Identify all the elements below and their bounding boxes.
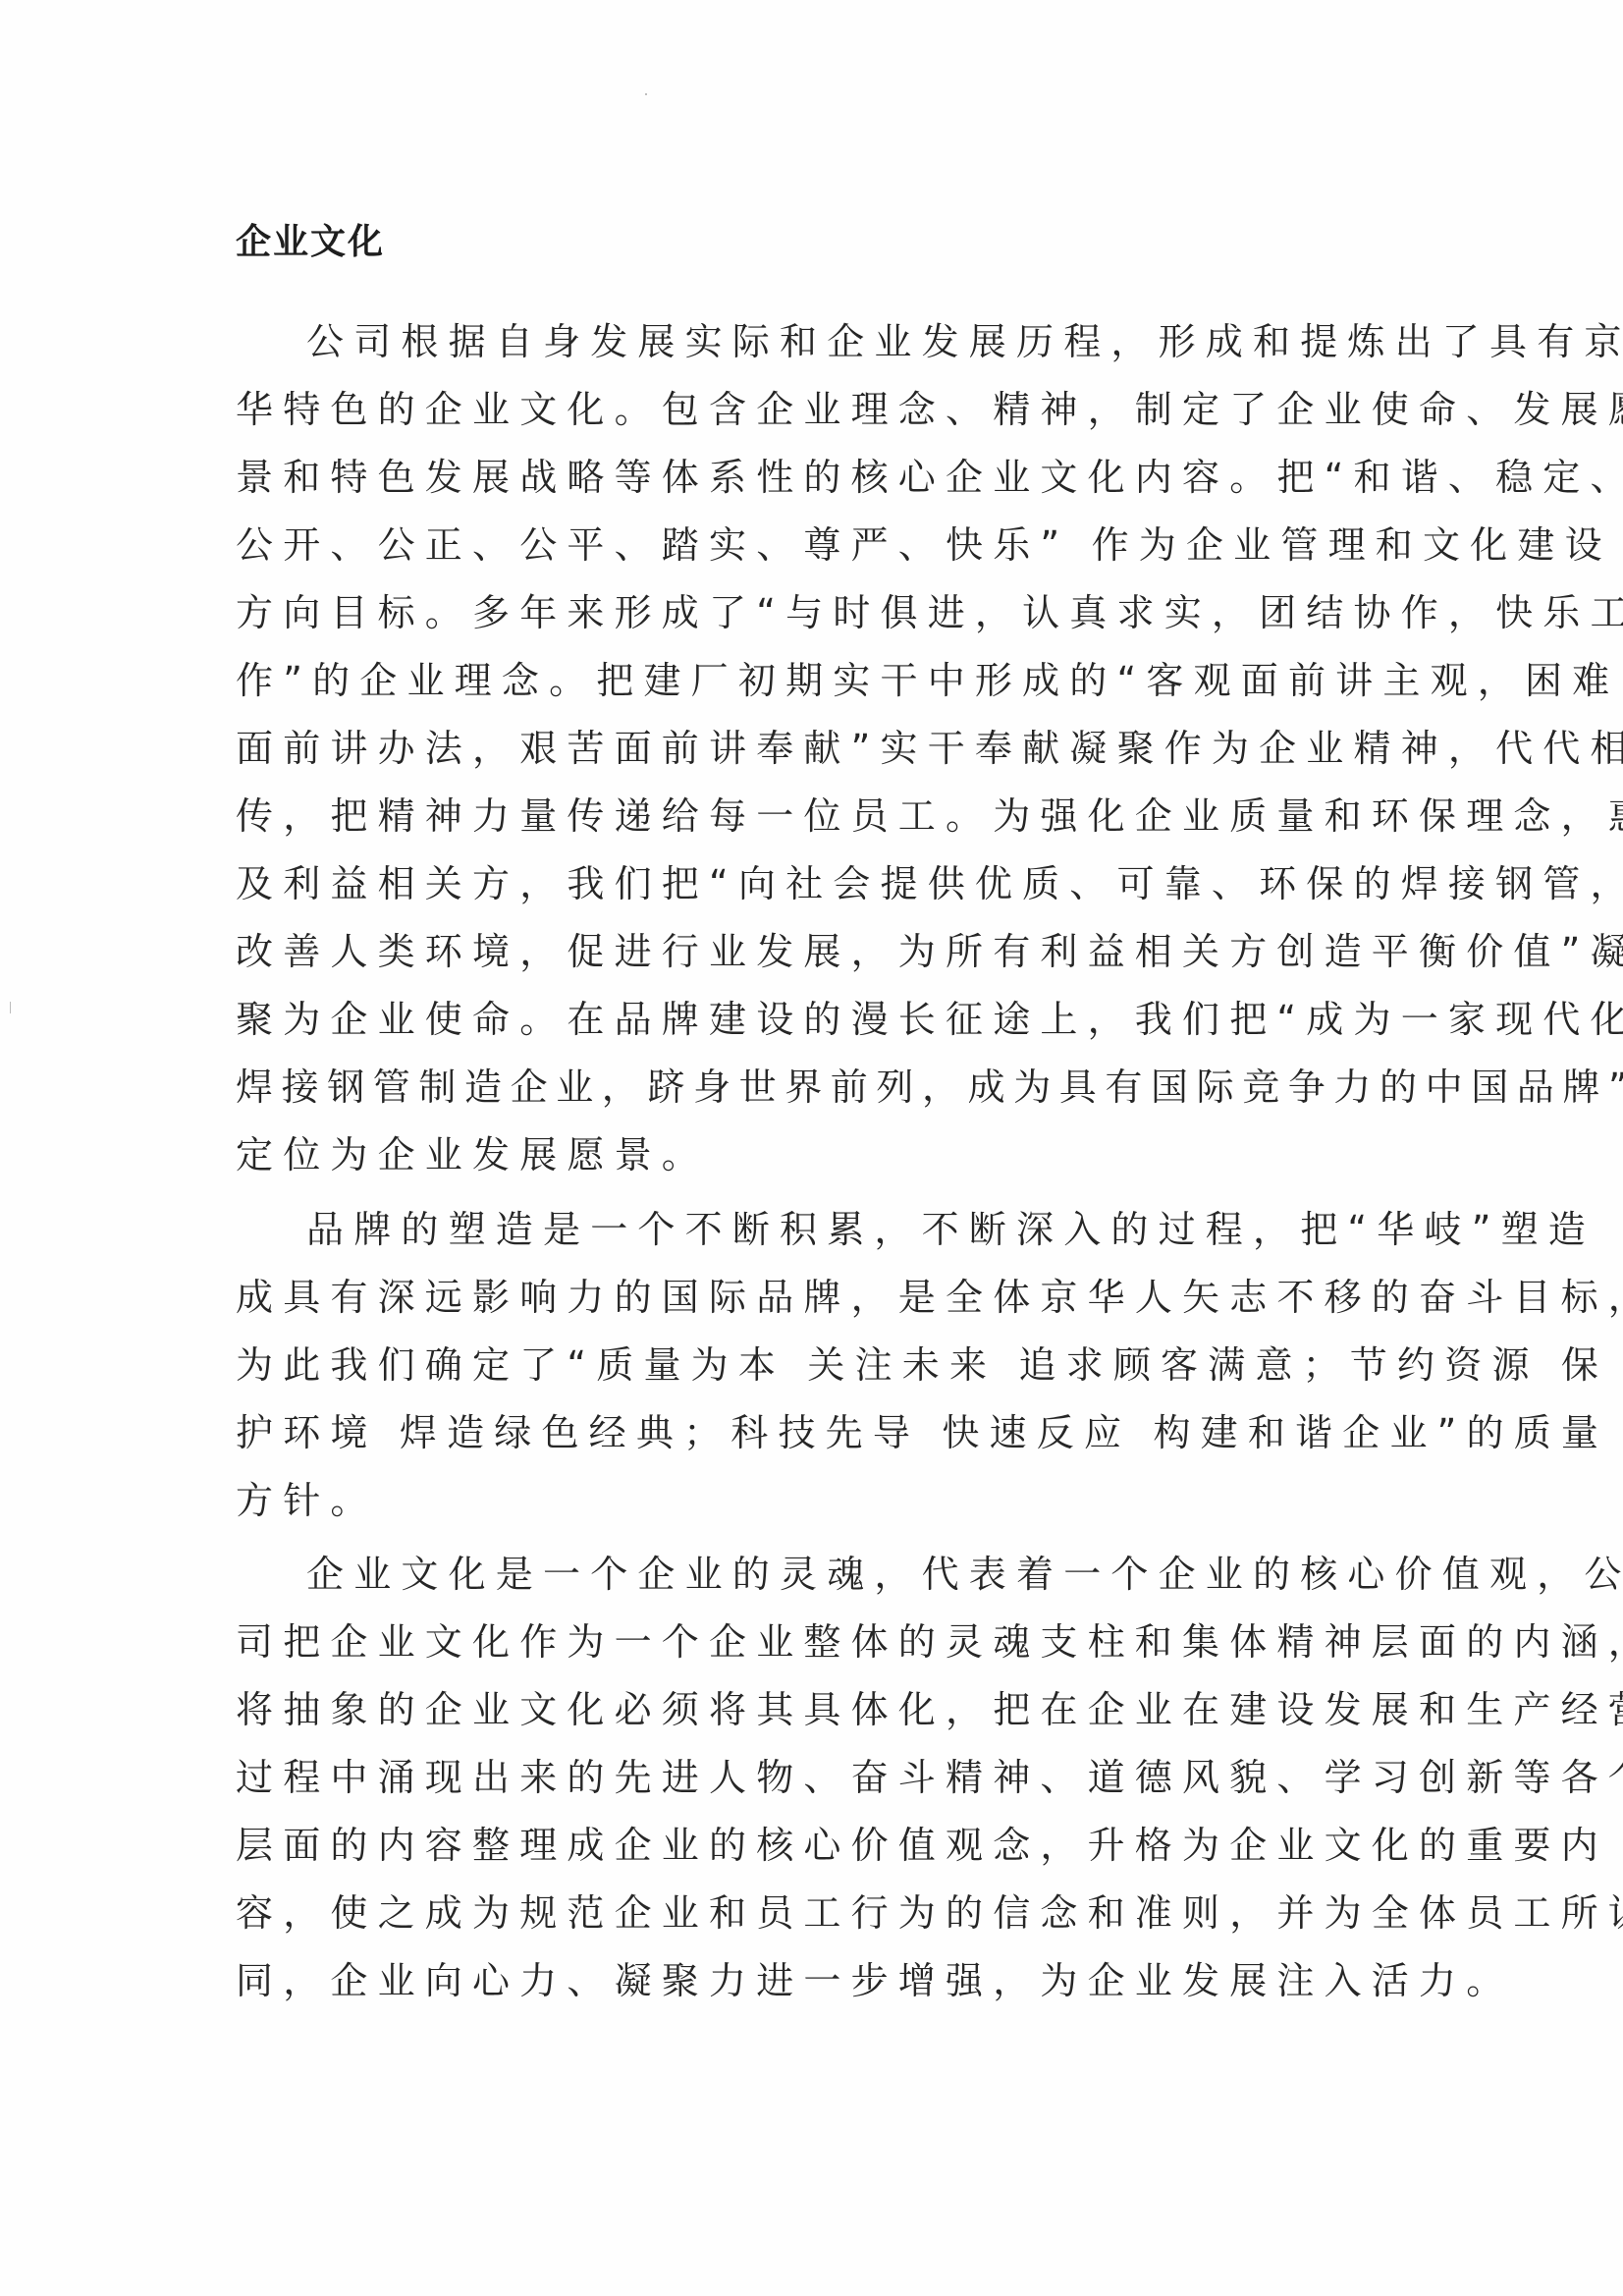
- text-line: 同，企业向心力、凝聚力进一步增强，为企业发展注入活力。: [236, 1951, 1404, 2010]
- scanned-document-page: 企业文化 公司根据自身发展实际和企业发展历程，形成和提炼出了具有京 华特色的企业…: [0, 0, 1623, 2296]
- text-line: 景和特色发展战略等体系性的核心企业文化内容。把“和谐、稳定、: [236, 448, 1404, 507]
- text-line: 将抽象的企业文化必须将其具体化，把在企业在建设发展和生产经营: [236, 1680, 1404, 1739]
- text-line: 护环境 焊造绿色经典；科技先导 快速反应 构建和谐企业”的质量: [236, 1403, 1404, 1462]
- text-line: 容，使之成为规范企业和员工行为的信念和准则，并为全体员工所认: [236, 1884, 1404, 1942]
- text-line: 层面的内容整理成企业的核心价值观念，升格为企业文化的重要内: [236, 1816, 1404, 1875]
- text-line: 焊接钢管制造企业，跻身世界前列，成为具有国际竞争力的中国品牌”: [236, 1058, 1404, 1117]
- text-line: 传，把精神力量传递给每一位员工。为强化企业质量和环保理念，惠: [236, 787, 1404, 846]
- text-line: 方针。: [236, 1471, 1404, 1530]
- text-line: 定位为企业发展愿景。: [236, 1125, 1404, 1184]
- text-line: 作”的企业理念。把建厂初期实干中形成的“客观面前讲主观，困难: [236, 651, 1404, 710]
- scan-artifact: [10, 1002, 11, 1013]
- text-line: 公开、公正、公平、踏实、尊严、快乐” 作为企业管理和文化建设: [236, 516, 1404, 574]
- text-line: 华特色的企业文化。包含企业理念、精神，制定了企业使命、发展愿: [236, 380, 1404, 439]
- text-line: 公司根据自身发展实际和企业发展历程，形成和提炼出了具有京: [306, 312, 1404, 371]
- text-line: 过程中涌现出来的先进人物、奋斗精神、道德风貌、学习创新等各个: [236, 1748, 1404, 1807]
- text-line: 方向目标。多年来形成了“与时俱进，认真求实，团结协作，快乐工: [236, 583, 1404, 642]
- document-heading: 企业文化: [236, 214, 385, 264]
- text-line: 品牌的塑造是一个不断积累，不断深入的过程，把“华岐”塑造: [306, 1200, 1404, 1259]
- text-line: 为此我们确定了“质量为本 关注未来 追求顾客满意；节约资源 保: [236, 1336, 1404, 1394]
- text-line: 成具有深远影响力的国际品牌，是全体京华人矢志不移的奋斗目标，: [236, 1268, 1404, 1327]
- text-line: 企业文化是一个企业的灵魂，代表着一个企业的核心价值观，公: [306, 1545, 1404, 1604]
- text-line: 改善人类环境，促进行业发展，为所有利益相关方创造平衡价值”凝: [236, 922, 1404, 981]
- scan-artifact: [645, 93, 647, 95]
- text-line: 及利益相关方，我们把“向社会提供优质、可靠、环保的焊接钢管，: [236, 854, 1404, 913]
- text-line: 面前讲办法，艰苦面前讲奉献”实干奉献凝聚作为企业精神，代代相: [236, 719, 1404, 778]
- text-line: 司把企业文化作为一个企业整体的灵魂支柱和集体精神层面的内涵，: [236, 1613, 1404, 1671]
- text-line: 聚为企业使命。在品牌建设的漫长征途上，我们把“成为一家现代化: [236, 990, 1404, 1049]
